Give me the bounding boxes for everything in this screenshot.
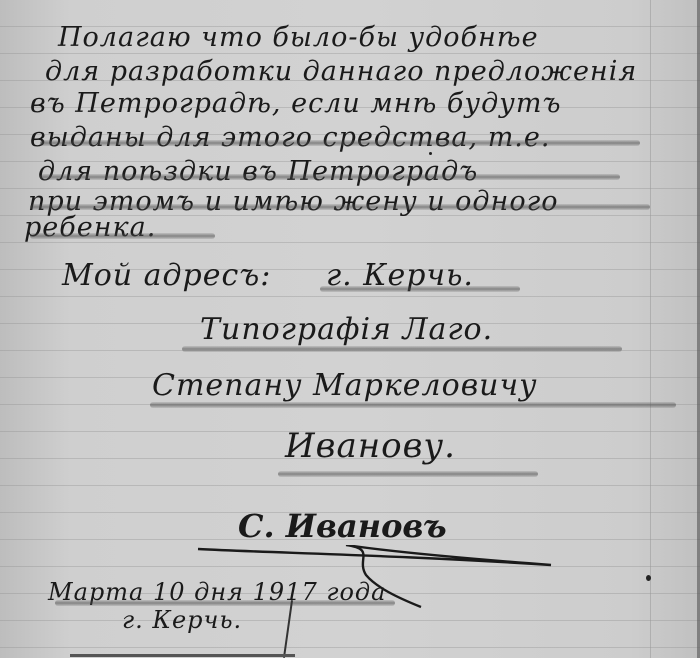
body-line-2: для разработки даннаго предложенія xyxy=(45,56,637,87)
underline-3 xyxy=(30,204,650,210)
body-line-5: для поѣздки въ Петроградъ xyxy=(38,156,478,187)
underline-address-4 xyxy=(278,471,538,477)
bottom-rule xyxy=(70,654,295,657)
body-line-4: выданы для этого средства, т.е. xyxy=(30,122,550,153)
underline-city xyxy=(320,286,520,292)
place-line: г. Керчь. xyxy=(122,606,242,634)
address-line-2: Типографія Лаго. xyxy=(200,312,493,347)
body-line-3: въ Петроградѣ, если мнѣ будутъ xyxy=(30,88,561,119)
ink-spot xyxy=(646,575,651,581)
underline-2 xyxy=(40,174,620,180)
signature: С. Ивановъ xyxy=(238,507,447,545)
ink-dot xyxy=(429,152,432,155)
address-line-3: Степану Маркеловичу xyxy=(152,368,538,403)
address-label: Мой адресъ: xyxy=(62,258,271,293)
address-line-4: Иванову. xyxy=(285,426,456,466)
underline-1 xyxy=(40,140,640,146)
margin-line xyxy=(650,0,651,658)
underline-address-2 xyxy=(182,346,622,352)
document-page: Полагаю что было-бы удобнѣе для разработ… xyxy=(0,0,700,658)
body-line-1: Полагаю что было-бы удобнѣе xyxy=(58,22,539,53)
underline-address-3 xyxy=(150,402,676,408)
underline-4 xyxy=(30,233,215,239)
